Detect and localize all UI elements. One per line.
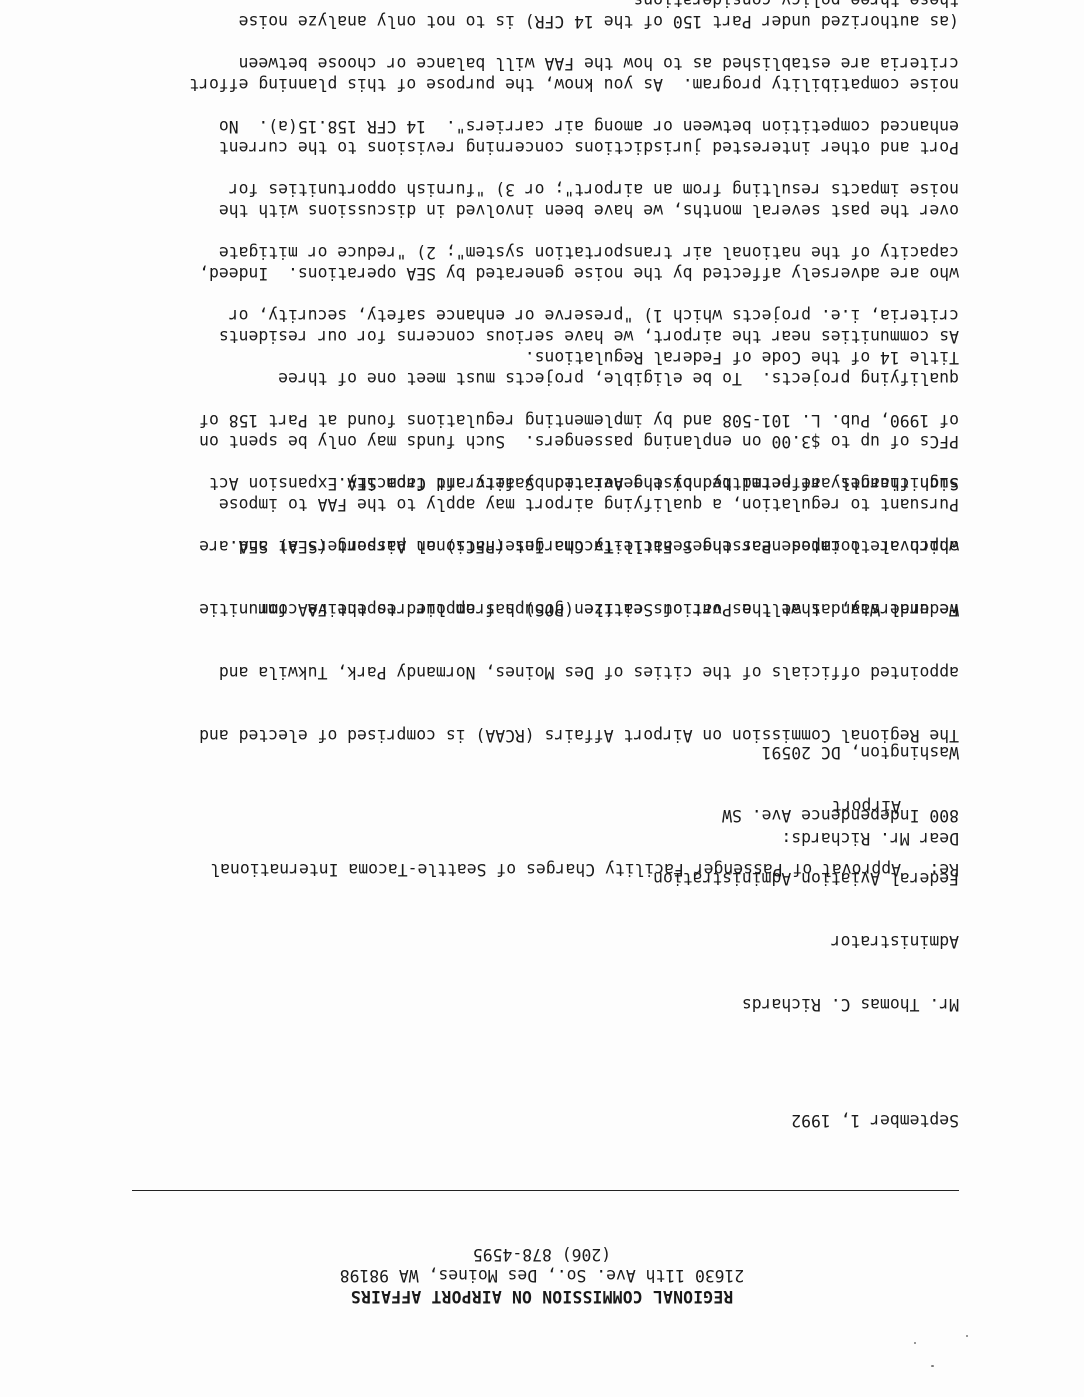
text-line: appointed officials of the cities of Des… — [119, 662, 959, 683]
text-line: We understand that the Port of Seattle (… — [119, 599, 959, 620]
scan-speck — [914, 1342, 916, 1344]
organization-phone: (206) 878-4595 — [0, 1244, 1084, 1265]
scan-speck — [966, 1335, 968, 1337]
text-line: As communities near the airport, we have… — [119, 326, 959, 347]
letterhead-divider — [132, 1190, 959, 1191]
text-line: (as authorized under Part 150 of the 14 … — [119, 11, 959, 32]
salutation: Dear Mr. Richards: — [119, 828, 959, 849]
text-line: noise compatibility program. As you know… — [119, 74, 959, 95]
body-paragraph-4: As communities near the airport, we have… — [119, 0, 959, 389]
subject-label: Re: — [901, 859, 959, 880]
text-line: Pursuant to regulation, a qualifying air… — [119, 494, 959, 515]
recipient-name: Mr. Thomas C. Richards — [119, 994, 959, 1015]
subject-text-line-1: Approval of Passenger Facility Charges o… — [210, 860, 901, 879]
text-line: Port and other interested jurisdictions … — [119, 137, 959, 158]
scan-speck — [931, 1365, 934, 1367]
organization-address: 21630 11th Ave. So., Des Moines, WA 9819… — [0, 1265, 1084, 1286]
text-line: The Regional Commission on Airport Affai… — [119, 725, 959, 746]
recipient-title: Administrator — [119, 931, 959, 952]
scanned-letter-page: REGIONAL COMMISSION ON AIRPORT AFFAIRS 2… — [0, 0, 1084, 1397]
letterhead: REGIONAL COMMISSION ON AIRPORT AFFAIRS 2… — [0, 1244, 1084, 1307]
organization-name: REGIONAL COMMISSION ON AIRPORT AFFAIRS — [0, 1286, 1084, 1307]
subject-text-line-2: Airport — [832, 797, 901, 816]
text-line: over the past several months, we have be… — [119, 200, 959, 221]
text-line: who are adversely affected by the noise … — [119, 263, 959, 284]
text-line: PFCs of up to $3.00 on enplaning passeng… — [119, 431, 959, 452]
letter-date: September 1, 1992 — [119, 1110, 959, 1131]
